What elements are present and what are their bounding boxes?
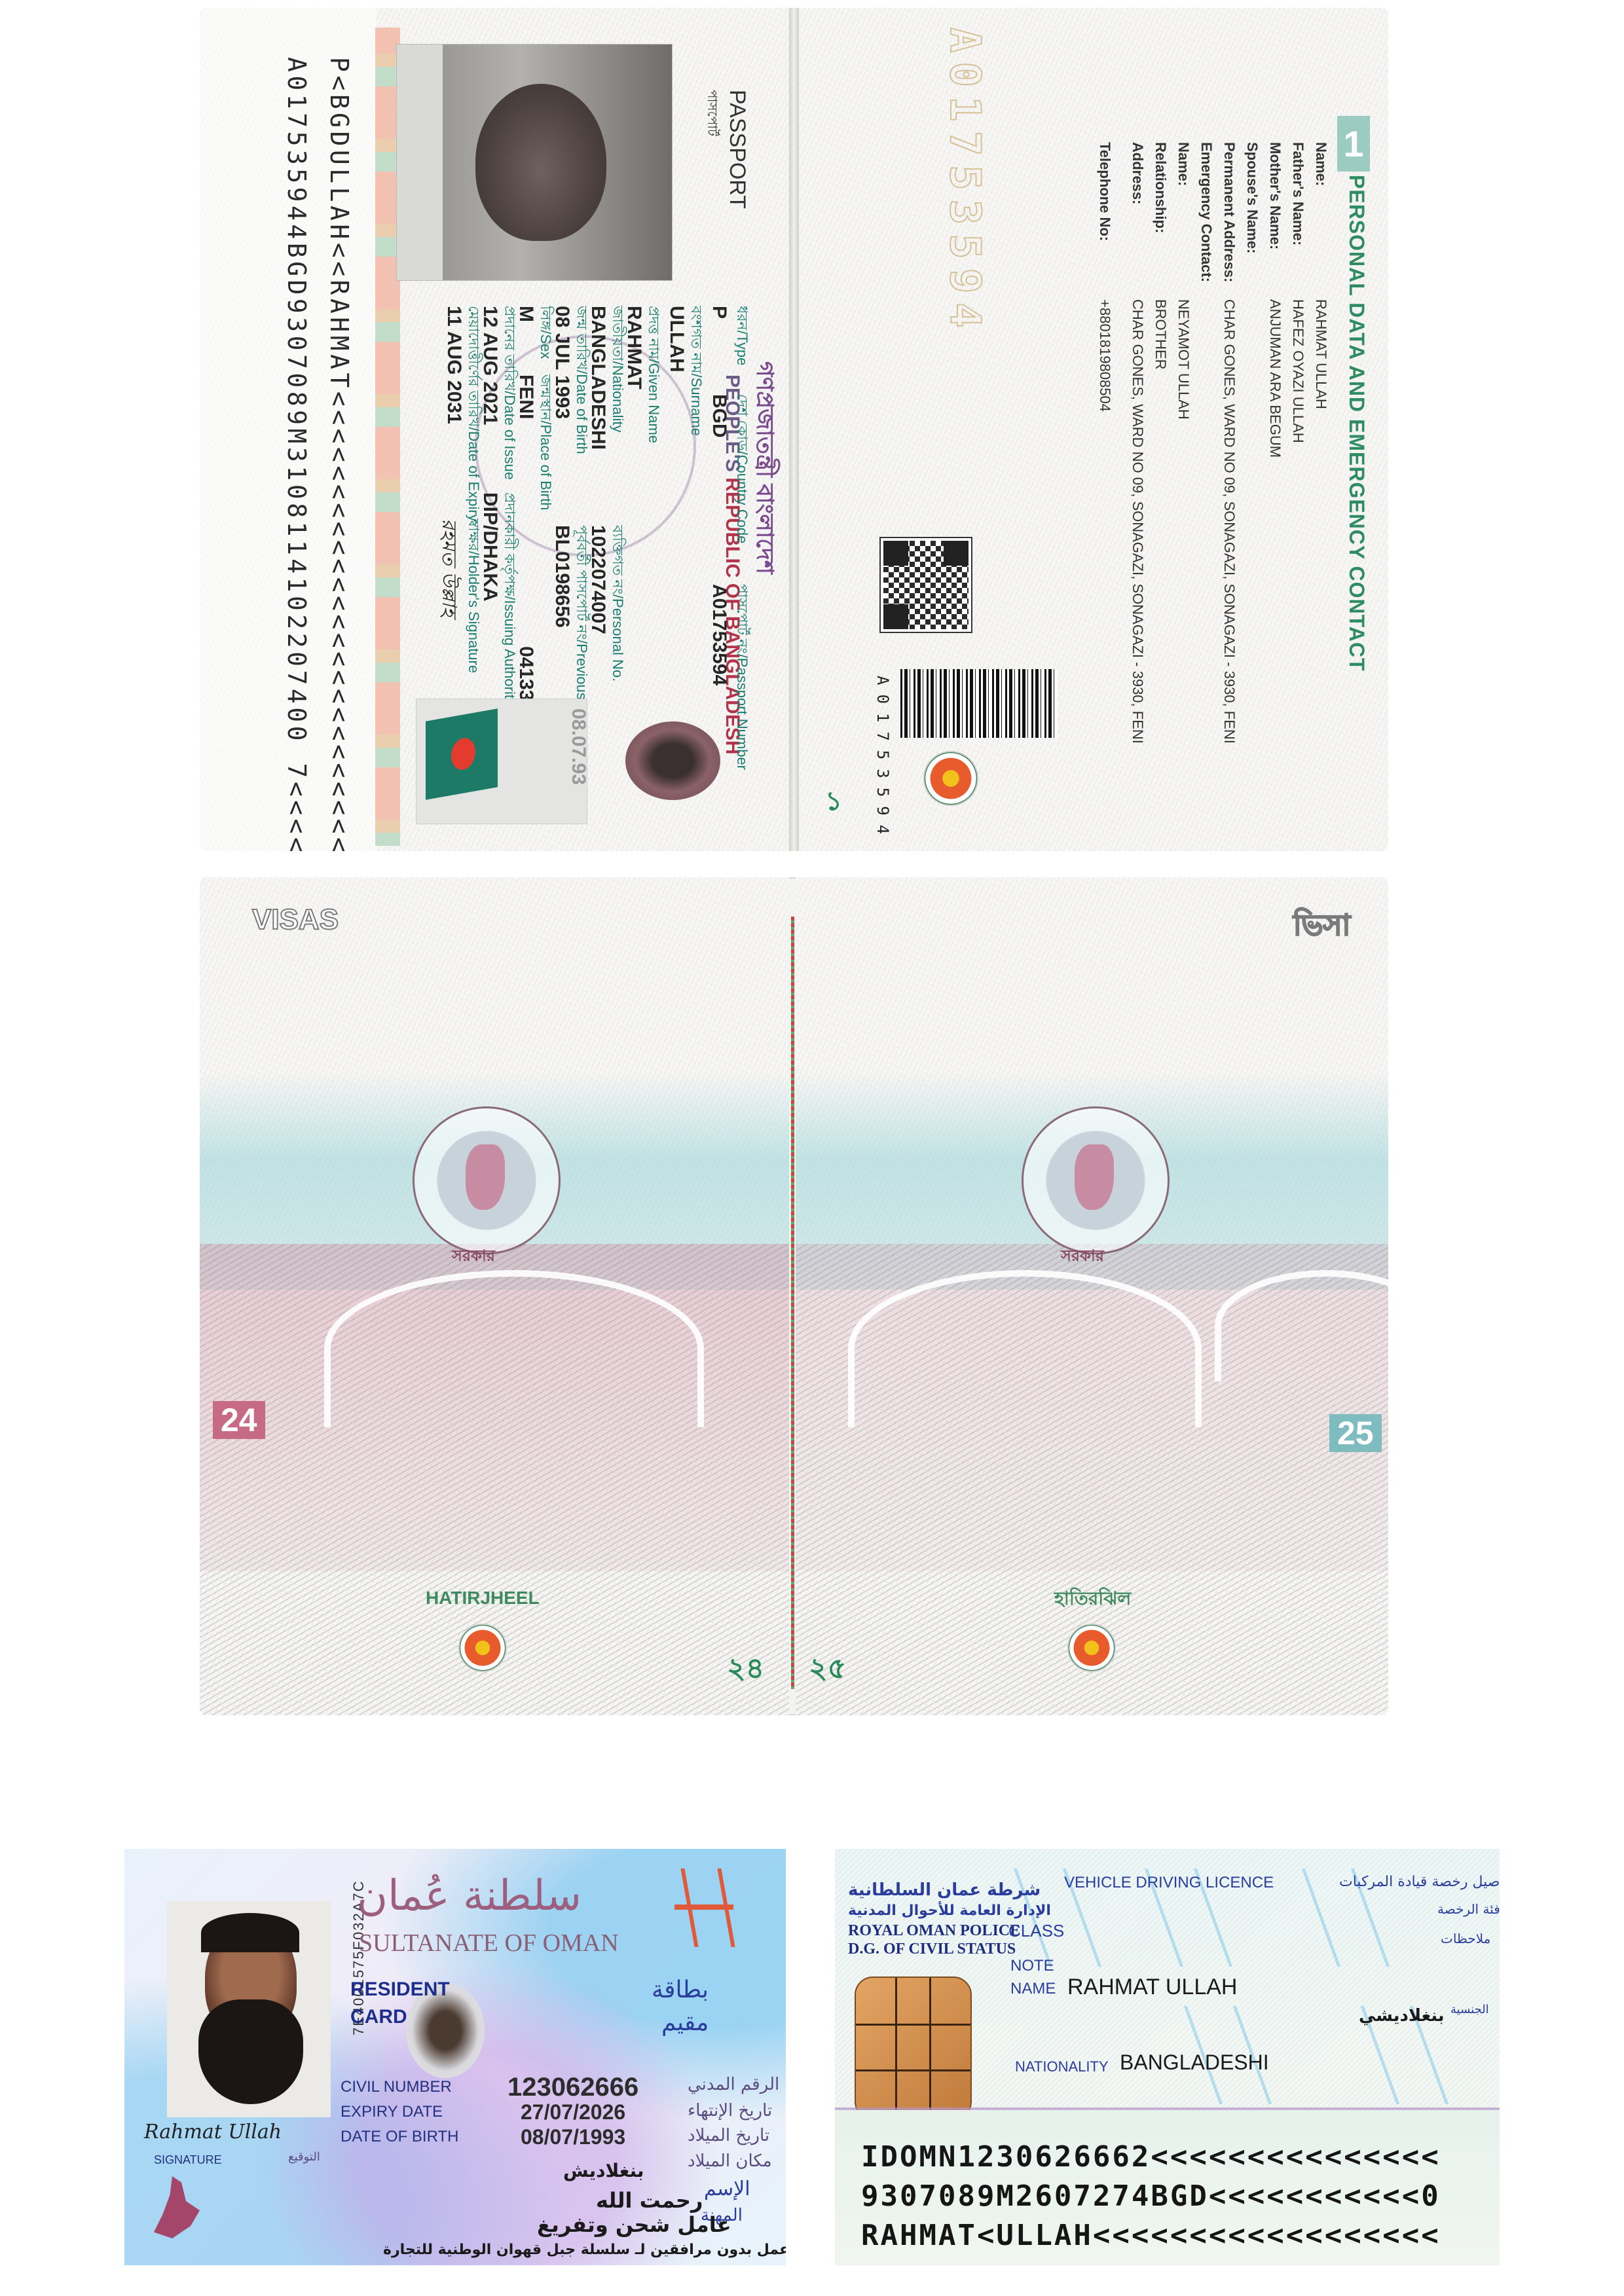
card-type-line-1: RESIDENT	[350, 1978, 450, 2001]
nationality-label: NATIONALITY	[1015, 2058, 1109, 2075]
dob-label-ar: تاريخ الميلاد	[688, 2126, 769, 2145]
country-label-wrap: দেশ কোড/Country Code	[729, 394, 753, 543]
mrz-line-2: A017535944BGD9307089M3108114102207400 7<…	[282, 57, 311, 851]
previous-passport-value: BL0198656	[551, 525, 573, 628]
personal-data-row: Name:NEYAMOT ULLAH	[1175, 142, 1192, 420]
civil-number-label-ar: الرقم المدني	[688, 2075, 779, 2094]
row-key: Name:	[1175, 142, 1192, 299]
place-label-bn: হাতিরঝিল	[1054, 1584, 1131, 1615]
holder-signature: Rahmat Ullah	[144, 2121, 282, 2143]
mrz-line-1: IDOMN1230626662<<<<<<<<<<<<<<<	[861, 2140, 1441, 2174]
government-seal-right	[1022, 1106, 1170, 1254]
holder-photo	[396, 44, 673, 281]
passport-number-value: A01753594	[709, 584, 730, 685]
passport-bio-spread: P<BGDULLAH<<RAHMAT<<<<<<<<<<<<<<<<<<<<<<…	[200, 8, 1388, 851]
holder-signature-label: স্বাক্ষর/Holder's Signature	[466, 519, 482, 673]
holder-signature: রহমত উল্লাহ	[437, 519, 460, 617]
row-key: Permanent Address:	[1221, 142, 1238, 299]
licence-title: VEHICLE DRIVING LICENCE	[1064, 1874, 1274, 1892]
issuer-en-2: D.G. OF CIVIL STATUS	[848, 1941, 1016, 1958]
name-value-ar: رحمت الله	[596, 2188, 703, 2213]
type-label-wrap: ধরন/Type	[729, 306, 753, 365]
government-emblem-right	[1067, 1624, 1116, 1672]
sig-value-wrap: রহমত উল্লাহ	[432, 519, 465, 617]
dob-value: 08/07/1993	[521, 2125, 625, 2149]
personal-data-row: Father's Name:HAFEZ OYAZI ULLAH	[1289, 142, 1306, 443]
binding-thread	[791, 917, 794, 1689]
perforated-number: A01753594	[940, 27, 989, 337]
row-key: Address:	[1129, 142, 1146, 299]
binding-gutter	[789, 8, 799, 851]
oval-photo	[625, 721, 720, 800]
row-value: NEYAMOT ULLAH	[1175, 299, 1192, 420]
mrz-line-1-wrap: P<BGDULLAH<<RAHMAT<<<<<<<<<<<<<<<<<<<<<<…	[325, 57, 354, 851]
personal-data-row: Mother's Name:ANJUMAN ARA BEGUM	[1266, 142, 1283, 458]
doc-title-wrap: PASSPORT পাসপোর্ট	[700, 90, 750, 209]
visa-label-bangla: ভিসা	[1293, 903, 1350, 951]
passport-data-page: P<BGDULLAH<<RAHMAT<<<<<<<<<<<<<<<<<<<<<<…	[200, 8, 789, 851]
government-emblem-left	[458, 1624, 507, 1672]
flag-hologram	[426, 708, 498, 799]
name-label-ar: الإسم	[704, 2178, 750, 2200]
civil-number-label: CIVIL NUMBER	[341, 2078, 452, 2096]
doi-label: প্রদানের তারিখ/Date of Issue	[502, 306, 518, 480]
personal-data-row: Relationship:BROTHER	[1152, 142, 1169, 370]
doc-title: PASSPORT	[724, 90, 750, 209]
row-key: Relationship:	[1152, 142, 1169, 299]
dob-label: জন্ম তারিখ/Date of Birth	[574, 306, 590, 454]
government-seal-left	[413, 1106, 561, 1254]
oman-map-icon	[154, 2176, 200, 2238]
place-label-en: HATIRJHEEL	[426, 1588, 540, 1609]
ghost-text-wrap: 08.07.93	[567, 708, 589, 785]
expiry-label: EXPIRY DATE	[341, 2103, 443, 2121]
card-type-ar-1: بطاقة	[652, 1977, 709, 2003]
country-value-wrap: BGD	[708, 394, 730, 438]
note-label: NOTE	[1010, 1957, 1054, 1975]
type-label: ধরন/Type	[734, 306, 750, 365]
prev-pp-value-wrap: BL0198656	[551, 525, 573, 628]
oman-crest-icon	[668, 1868, 740, 1960]
page-number-24: 24	[213, 1401, 265, 1439]
country-code-label: দেশ কোড/Country Code	[734, 394, 750, 543]
employer-ar: عمل بدون مرافقين لـ سلسلة جبل قهوان الوط…	[383, 2242, 786, 2258]
note-label-ar: ملاحظات	[1441, 1931, 1490, 1946]
oman-resident-card: 7E4001575F032A7C سلطنة عُمان SULTANATE O…	[124, 1849, 786, 2265]
header-bangla: গণপ্রজাতন্ত্রী বাংলাদেশ	[752, 361, 779, 574]
mrz-line-3: RAHMAT<ULLAH<<<<<<<<<<<<<<<<<<	[861, 2219, 1441, 2252]
personal-data-row: Address:CHAR GONES, WARD NO 09, SONAGAZI…	[1129, 142, 1146, 744]
row-value: BROTHER	[1153, 299, 1169, 370]
row-value: RAHMAT ULLAH	[1313, 299, 1329, 409]
page-number-bn-24: ২৪	[727, 1647, 764, 1694]
title-arabic: سلطنة عُمان	[357, 1872, 581, 1920]
mrz-line-2-wrap: A017535944BGD9307089M3108114102207400 7<…	[282, 57, 311, 851]
passport-visa-spread: VISAS সরকার 24 HATIRJHEEL ২৪ ভিসা সরকার …	[200, 877, 1388, 1715]
row-key: Spouse's Name:	[1244, 142, 1261, 299]
page-number-tab: 1	[1337, 116, 1370, 172]
dob-label: DATE OF BIRTH	[341, 2128, 458, 2146]
barcode-text-wrap: A01753594	[874, 676, 892, 843]
visa-page-25: ভিসা সরকার 25 হাতিরঝিল ২৫	[796, 877, 1388, 1715]
card-type-ar-2: مقيم	[661, 2009, 709, 2036]
smart-chip-icon	[855, 1977, 972, 2120]
class-label-ar: فئة الرخصة	[1437, 1901, 1500, 1917]
row-key: Mother's Name:	[1266, 142, 1283, 299]
passport-no-value-wrap: A01753594	[708, 584, 730, 685]
page-number-25: 25	[1329, 1414, 1382, 1452]
card-type-line-2: CARD	[350, 2006, 407, 2028]
country-code-value: BGD	[709, 394, 730, 438]
personal-data-row: Telephone No:+8801819808504	[1096, 142, 1113, 412]
expiry-label-ar: تاريخ الإنتهاء	[688, 2101, 772, 2121]
row-value: HAFEZ OYAZI ULLAH	[1290, 299, 1306, 443]
mrz-line-2: 9307089M2607274BGD<<<<<<<<<<<0	[861, 2179, 1441, 2213]
resident-photo	[167, 1901, 331, 2117]
ghost-image-text: 08.07.93	[568, 708, 589, 785]
passport-number-label: পাসপোর্ট নং/Passport Number	[734, 584, 750, 770]
seal-bottom-text-left: সরকার	[452, 1244, 495, 1270]
issuer-ar-2: الإدارة العامة للأحوال المدنية	[848, 1903, 1051, 1919]
issuing-authority-label: প্রদানকারী কর্তৃপক্ষ/Issuing Authority	[502, 492, 518, 706]
visas-label: VISAS	[252, 903, 339, 936]
barcode-text: A01753594	[874, 676, 892, 843]
row-key: Emergency Contact:	[1198, 142, 1215, 299]
type-value: P	[709, 306, 730, 319]
class-label: CLASS	[1008, 1921, 1064, 1941]
personal-data-page: 1 PERSONAL DATA AND EMERGENCY CONTACT A0…	[799, 8, 1388, 851]
nationality-value-ar: بنغلاديشي	[1359, 2006, 1445, 2026]
signature-label: SIGNATURE	[154, 2153, 222, 2167]
personal-data-row: Permanent Address:CHAR GONES, WARD NO 09…	[1221, 142, 1238, 744]
issuer-ar-1: شرطة عمان السلطانية	[848, 1880, 1041, 1900]
sex-label: লিঙ্গ/Sex	[538, 306, 554, 359]
qr-code	[881, 538, 971, 632]
personal-data-row: Name:RAHMAT ULLAH	[1312, 142, 1329, 409]
nationality-label-ar: الجنسية	[1450, 2003, 1489, 2016]
licence-title-ar: تفاصيل رخصة قيادة المركبات	[1339, 1874, 1500, 1890]
doe-value-wrap: 11 AUG 2031	[443, 306, 465, 424]
doe-label: মেয়াদোত্তীর্ণের তারিখ/Date of Expiry	[466, 306, 482, 522]
government-emblem	[923, 751, 978, 806]
perforation-wrap: A01753594	[940, 27, 989, 337]
signature-label-ar: التوقيع	[288, 2150, 320, 2164]
surname-label: বংশগত নাম/Surname	[688, 306, 705, 436]
civil-number-value: 123062666	[507, 2073, 638, 2102]
row-key: Name:	[1312, 142, 1329, 299]
pob-label-ar: مكان الميلاد	[688, 2151, 772, 2171]
row-key: Telephone No:	[1096, 142, 1113, 299]
occupation-value-ar: عامل شحن وتفريغ	[537, 2212, 731, 2237]
title-english: SULTANATE OF OMAN	[359, 1929, 619, 1958]
doe-value: 11 AUG 2031	[443, 306, 465, 424]
page-number-bangla: ১	[825, 780, 842, 824]
issuer-en-1: ROYAL OMAN POLICE	[848, 1922, 1020, 1940]
mrz-line-1: P<BGDULLAH<<RAHMAT<<<<<<<<<<<<<<<<<<<<<<…	[325, 57, 354, 851]
passport-no-label-wrap: পাসপোর্ট নং/Passport Number	[729, 584, 753, 770]
type-value-wrap: P	[708, 306, 730, 319]
barcode	[900, 669, 1058, 738]
given-name-label: প্রদত্ত নাম/Given Name	[646, 306, 662, 443]
name-value: RAHMAT ULLAH	[1067, 1975, 1237, 2000]
oman-driving-licence: شرطة عمان السلطانية الإدارة العامة للأحو…	[835, 1849, 1500, 2265]
pob-value-ar: بنغلاديش	[563, 2160, 644, 2181]
expiry-value: 27/07/2026	[521, 2100, 625, 2124]
page-number-bn-25: ২৫	[809, 1647, 846, 1694]
surname-value: ULLAH	[666, 306, 688, 373]
pob-label: জন্মস্থান/Place of Birth	[538, 374, 554, 510]
personal-data-row: Spouse's Name:	[1244, 142, 1261, 299]
row-value: CHAR GONES, WARD NO 09, SONAGAZI, SONAGA…	[1130, 299, 1146, 744]
visa-page-24: VISAS সরকার 24 HATIRJHEEL ২৪	[200, 877, 789, 1715]
row-value: +8801819808504	[1097, 299, 1113, 412]
doc-title-bangla: পাসপোর্ট	[700, 90, 722, 209]
personal-data-title: PERSONAL DATA AND EMERGENCY CONTACT	[1345, 175, 1369, 672]
row-key: Father's Name:	[1289, 142, 1306, 299]
name-label: NAME	[1010, 1980, 1056, 1998]
emer-title-wrap: PERSONAL DATA AND EMERGENCY CONTACT	[1344, 175, 1369, 672]
personal-data-row: Emergency Contact:	[1198, 142, 1215, 299]
seal-bottom-text-right: সরকার	[1061, 1244, 1104, 1270]
nationality-label: জাতীয়তা/Nationality	[610, 306, 626, 433]
surname-value-wrap: ULLAH	[665, 306, 688, 373]
nationality-value: BANGLADESHI	[1120, 2050, 1269, 2075]
row-value: CHAR GONES, WARD NO 09, SONAGAZI, SONAGA…	[1221, 299, 1238, 744]
row-value: ANJUMAN ARA BEGUM	[1267, 299, 1283, 458]
personal-no-label: ব্যক্তিগত নং/Personal No.	[610, 525, 626, 682]
